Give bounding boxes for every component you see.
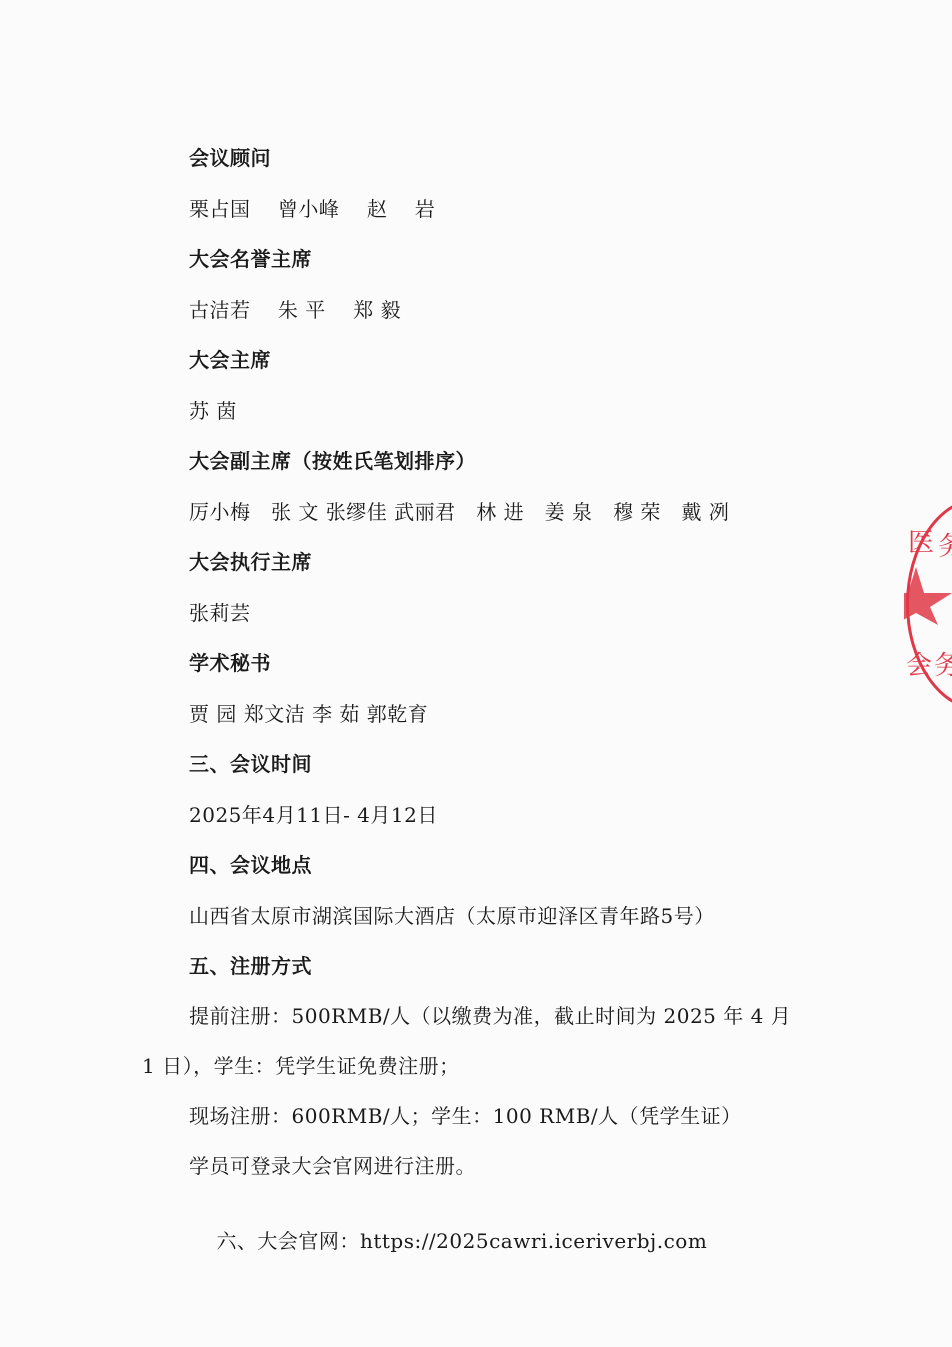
seal-star-icon bbox=[904, 565, 952, 625]
vice-chair-names: 厉小梅 张 文 张缪佳 武丽君 林 进 姜 泉 穆 荣 戴 冽 bbox=[189, 496, 729, 525]
executive-chair-names: 张莉芸 bbox=[189, 597, 251, 626]
heading-chair: 大会主席 bbox=[189, 344, 271, 373]
advisors-names: 栗占国 曾小峰 赵 岩 bbox=[189, 193, 435, 222]
seal-char-3b: 务 bbox=[934, 645, 952, 682]
website-label: 六、大会官网： bbox=[216, 1229, 360, 1253]
meeting-time: 2025年4月11日- 4月12日 bbox=[189, 799, 438, 828]
registration-note: 学员可登录大会官网进行注册。 bbox=[189, 1150, 476, 1179]
academic-secretary-names: 贾 园 郑文洁 李 茹 郭乾育 bbox=[189, 698, 428, 727]
early-registration-line1: 提前注册：500RMB/人（以缴费为准，截止时间为 2025 年 4 月 bbox=[189, 1000, 791, 1029]
heading-meeting-location: 四、会议地点 bbox=[189, 849, 312, 878]
heading-registration: 五、注册方式 bbox=[189, 950, 312, 979]
meeting-location: 山西省太原市湖滨国际大酒店（太原市迎泽区青年路5号） bbox=[189, 900, 715, 929]
website-line: 六、大会官网：https://2025cawri.iceriverbj.com bbox=[189, 1201, 707, 1278]
honorary-chair-names: 古洁若 朱 平 郑 毅 bbox=[189, 294, 401, 323]
onsite-registration: 现场注册：600RMB/人；学生：100 RMB/人（凭学生证） bbox=[189, 1100, 742, 1129]
heading-advisors: 会议顾问 bbox=[189, 142, 271, 171]
heading-honorary-chair: 大会名誉主席 bbox=[189, 243, 312, 272]
heading-vice-chairs: 大会副主席（按姓氏笔划排序） bbox=[189, 445, 476, 474]
heading-meeting-time: 三、会议时间 bbox=[189, 748, 312, 777]
early-registration-line2: 1 日），学生：凭学生证免费注册； bbox=[142, 1050, 460, 1079]
website-link[interactable]: https://2025cawri.iceriverbj.com bbox=[360, 1229, 707, 1253]
seal-char-1: 医 bbox=[908, 522, 934, 559]
seal-char-2: 会 bbox=[906, 645, 932, 682]
heading-executive-chair: 大会执行主席 bbox=[189, 546, 312, 575]
seal-char-3: 务 bbox=[938, 526, 952, 563]
chair-names: 苏 茵 bbox=[189, 395, 237, 424]
heading-academic-secretary: 学术秘书 bbox=[189, 647, 271, 676]
